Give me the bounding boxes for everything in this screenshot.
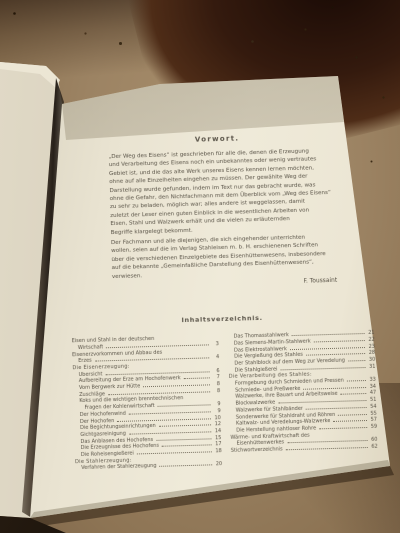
toc-dot-leader (314, 340, 365, 342)
toc-page-number: 8 (212, 388, 220, 395)
toc-dot-leader (159, 425, 211, 427)
toc-dot-leader (117, 418, 211, 422)
toc-dot-leader (143, 384, 210, 387)
toc-heading: Inhaltsverzeichnis. (69, 311, 375, 328)
toc-dot-leader (306, 353, 365, 356)
toc-page-number: 62 (370, 444, 378, 451)
toc-dot-leader (129, 431, 211, 434)
toc-dot-leader (286, 447, 368, 450)
photo-scene: Vorwort. „Der Weg des Eisens“ ist geschr… (0, 0, 400, 533)
toc-dot-leader (306, 407, 367, 410)
toc-right-column: Das Thomasstahlwerk21Das Siemens-Martin-… (228, 330, 379, 468)
toc-dot-leader (278, 400, 366, 403)
table-of-contents: Eisen und Stahl in der deutschenWirtscha… (72, 330, 380, 472)
toc-dot-leader (184, 378, 210, 380)
toc-dot-leader (292, 333, 365, 336)
toc-dot-leader (280, 367, 365, 370)
toc-dot-leader (348, 360, 365, 361)
vorwort-paragraph-1: „Der Weg des Eisens“ ist geschrieben für… (108, 147, 328, 237)
toc-dot-leader (287, 440, 367, 443)
toc-left-column: Eisen und Stahl in der deutschenWirtscha… (72, 334, 223, 472)
toc-dot-leader (290, 347, 365, 350)
toc-dot-leader (129, 411, 211, 414)
toc-dot-leader (156, 438, 211, 441)
toc-dot-leader (338, 414, 367, 416)
toc-dot-leader (303, 387, 366, 390)
toc-dot-leader (319, 427, 367, 429)
vorwort-paragraph-2: Der Fachmann und alle diejenigen, die si… (111, 233, 330, 281)
toc-page-number: 3 (211, 341, 219, 348)
toc-dot-leader (341, 393, 367, 395)
table-specks (0, 0, 1, 1)
toc-dot-leader (159, 465, 212, 467)
toc-entry-title: Stichwortverzeichnis (231, 446, 283, 454)
toc-page-number: 4 (211, 354, 219, 361)
toc-dot-leader (347, 380, 366, 382)
toc-page-number: 18 (214, 448, 222, 455)
toc-dot-leader (162, 445, 212, 447)
toc-dot-leader (334, 420, 368, 422)
toc-page-number: 59 (369, 424, 377, 431)
toc-page-number: 31 (367, 363, 375, 370)
toc-dot-leader (158, 404, 211, 406)
toc-dot-leader (137, 451, 212, 454)
page-content: Vorwort. „Der Weg des Eisens“ ist geschr… (64, 131, 379, 473)
toc-page-number: 20 (214, 462, 222, 469)
